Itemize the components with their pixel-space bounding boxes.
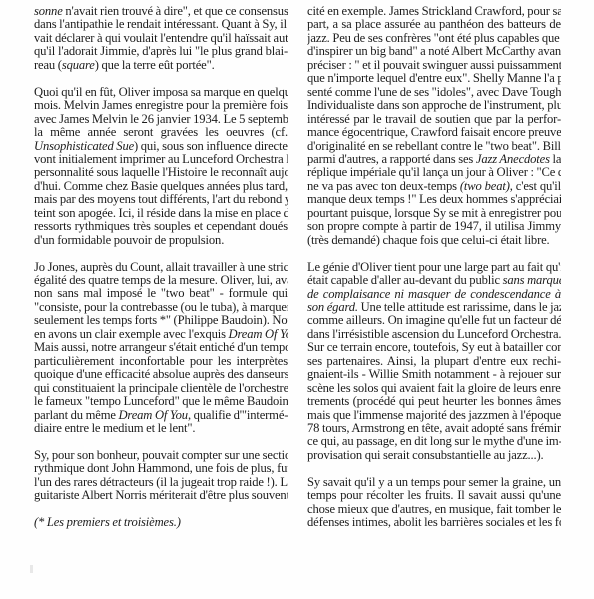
text: personnalité sous laquelle l'Histoire le… [34, 166, 288, 179]
text: part, a sa place assurée au panthéon des… [307, 18, 561, 31]
right-text-column: cité en exemple. James Strickland Crawfo… [307, 5, 561, 543]
text-line: diaire entre le medium et le lent". [34, 422, 288, 435]
text: Sy savait qu'il y a un temps pour semer … [307, 476, 561, 489]
text: mais que l'immense majorité des jazzmen … [307, 409, 561, 422]
text-line: était capable d'aller au-devant du publi… [307, 274, 561, 287]
text: que n'importe lequel d'entre eux". Shell… [307, 72, 561, 85]
text-line: mais par des moyens tout différents, l'a… [34, 193, 288, 206]
text: en avons un clair exemple avec l'exquis [34, 328, 229, 341]
text: 78 tours, Armstrong en tête, avait adopt… [307, 422, 561, 435]
italic-text: sonne [34, 5, 63, 18]
text: d'originalité en se rebellant contre le … [307, 140, 561, 153]
text: dans l'antipathie le rendait intéressant… [34, 18, 288, 31]
text-line: scène les solos qui avaient fait la gloi… [307, 382, 561, 395]
text-line: chose mieux que d'autres, en musique, fa… [307, 503, 561, 516]
paragraph: Sy savait qu'il y a un temps pour semer … [307, 476, 561, 530]
text-line: intéressé par le travail de soutien que … [307, 113, 561, 126]
text-line: cité en exemple. James Strickland Crawfo… [307, 5, 561, 18]
text: était capable d'aller au-devant du publi… [307, 274, 503, 287]
text-line: Sy, pour son bonheur, pouvait compter su… [34, 449, 288, 462]
text: Jo Jones, auprès du Count, allait travai… [34, 261, 288, 274]
text: pourtant puisque, lorsque Sy se mit à en… [307, 207, 561, 220]
italic-text: Dream Of You [118, 409, 187, 422]
text-line: rythmique dont John Hammond, une fois de… [34, 462, 288, 475]
text: intéressé par le travail de soutien que … [307, 113, 561, 126]
text: non sans mal imposé le "two beat" - form… [34, 287, 288, 300]
text: , qualifie d'"intermé- [188, 409, 288, 422]
text-line: pourtant puisque, lorsque Sy se mit à en… [307, 207, 561, 220]
text-line: parmi d'autres, a rapporté dans ses Jazz… [307, 153, 561, 166]
text: comme ailleurs. On imagine qu'elle fut u… [307, 314, 561, 327]
text: ) qui, sous son influence directe, [134, 140, 288, 153]
text-line: temps pour récolter les fruits. Il savai… [307, 489, 561, 502]
text: réplique impériale qu'il lança un jour à… [307, 166, 561, 179]
text-line: parlant du même Dream Of You, qualifie d… [34, 409, 288, 422]
text-line: 78 tours, Armstrong en tête, avait adopt… [307, 422, 561, 435]
text-line: manque deux temps !" Les deux hommes s'a… [307, 193, 561, 206]
text: cité en exemple. James Strickland Crawfo… [307, 5, 561, 18]
italic-text: sans marquer [503, 274, 561, 287]
text-line: l'un des rares détracteurs (il la jugeai… [34, 476, 288, 489]
text-line: vait déclarer à qui voulait l'entendre q… [34, 32, 288, 45]
text-line: non sans mal imposé le "two beat" - form… [34, 287, 288, 300]
text-line: Unsophisticated Sue) qui, sous son influ… [34, 140, 288, 153]
text: ) que la terre eût portée". [95, 59, 215, 72]
text: trements (procédé qui peut heurter les b… [307, 395, 561, 408]
text: ses partenaires. Ainsi, la plupart d'ent… [307, 355, 561, 368]
text: chose mieux que d'autres, en musique, fa… [307, 503, 561, 516]
paragraph: Le génie d'Oliver tient pour une large p… [307, 261, 561, 463]
text-line: ce qui, au passage, en dit long sur le m… [307, 435, 561, 448]
text-line: Individualiste dans son approche de l'in… [307, 99, 561, 112]
paragraph: Jo Jones, auprès du Count, allait travai… [34, 261, 288, 436]
text: Le génie d'Oliver tient pour une large p… [307, 261, 561, 274]
text-line: d'inspirer un big band" a noté Albert Mc… [307, 45, 561, 58]
paragraph: Quoi qu'il en fût, Oliver imposa sa marq… [34, 86, 288, 247]
text-line: dans l'antipathie le rendait intéressant… [34, 18, 288, 31]
text: Mais aussi, notre arrangeur s'était enti… [34, 341, 288, 354]
italic-text: son égard. [307, 301, 358, 314]
text-line: son égard. Une telle attitude est rariss… [307, 301, 561, 314]
text: égalité des quatre temps de la mesure. O… [34, 274, 288, 287]
text-line: le fameux "tempo Lunceford" que le même … [34, 395, 288, 408]
text: ce qui, au passage, en dit long sur le m… [307, 435, 561, 448]
text-line: son propre compte à partir de 1947, il u… [307, 220, 561, 233]
text-line: guitariste Albert Norris mériterait d'êt… [34, 489, 288, 502]
text: mance égocentrique, Crawford faisait enc… [307, 126, 561, 139]
text-line: que n'importe lequel d'entre eux". Shell… [307, 72, 561, 85]
text-line: "consiste, pour la contrebasse (ou le tu… [34, 301, 288, 314]
left-text-column: sonne n'avait rien trouvé à dire", et qu… [34, 5, 288, 543]
text: Sur ce terrain encore, toutefois, Sy eut… [307, 341, 561, 354]
text: son propre compte à partir de 1947, il u… [307, 220, 561, 233]
text: reau ( [34, 59, 62, 72]
text-line: comme ailleurs. On imagine qu'elle fut u… [307, 314, 561, 327]
text-line: teint son apogée. Ici, il réside dans la… [34, 207, 288, 220]
italic-text: Unsophisticated Sue [34, 140, 134, 153]
text-line: particulièrement inconfortable pour les … [34, 355, 288, 368]
italic-text: de complaisance ni masquer de condescend… [307, 288, 561, 301]
footnote: (* Les premiers et troisièmes.) [34, 516, 288, 529]
text: teint son apogée. Ici, il réside dans la… [34, 207, 288, 220]
text-line: qui constituaient la principale clientèl… [34, 382, 288, 395]
text-line: d'un formidable pouvoir de propulsion. [34, 234, 288, 247]
text-line: ses partenaires. Ainsi, la plupart d'ent… [307, 355, 561, 368]
italic-text: square [62, 59, 95, 72]
text-line: gnaient-ils - Willie Smith notamment - à… [307, 368, 561, 381]
text: le fameux "tempo Lunceford" que le même … [34, 395, 288, 408]
text-line: défenses intimes, abolit les barrières s… [307, 516, 561, 529]
text: parlant du même [34, 409, 118, 422]
text: n'avait rien trouvé à dire", et que ce c… [63, 5, 288, 18]
italic-text: (two beat) [460, 180, 510, 193]
text: préciser : " et il pouvait swinguer auss… [307, 59, 561, 72]
text-line: vont initialement imprimer au Lunceford … [34, 153, 288, 166]
text-line: avec James Melvin le 26 janvier 1934. Le… [34, 113, 288, 126]
text-line: senté comme l'une de ses "idoles", avec … [307, 86, 561, 99]
text: Individualiste dans son approche de l'in… [307, 99, 561, 112]
text: rythmique dont John Hammond, une fois de… [34, 462, 288, 475]
text: qu'il l'adorait Jimmie, d'après lui "le … [34, 45, 288, 58]
text: parmi d'autres, a rapporté dans ses [307, 153, 476, 166]
text-line: ne va pas avec ton deux-temps (two beat)… [307, 180, 561, 193]
text: , c'est qu'il [510, 180, 561, 193]
text: Une telle attitude est rarissime, dans l… [358, 301, 561, 314]
text-line: dans l'irrésistible ascension du Luncefo… [307, 328, 561, 341]
text: vont initialement imprimer au Lunceford … [34, 153, 288, 166]
text: d'hui. Comme chez Basie quelques années … [34, 180, 288, 193]
text: vait déclarer à qui voulait l'entendre q… [34, 32, 288, 45]
text: dans l'irrésistible ascension du Luncefo… [307, 328, 561, 341]
text-line: en avons un clair exemple avec l'exquis … [34, 328, 288, 341]
text: ne va pas avec ton deux-temps [307, 180, 460, 193]
text-line: d'originalité en se rebellant contre le … [307, 140, 561, 153]
text: mais par des moyens tout différents, l'a… [34, 193, 288, 206]
text: particulièrement inconfortable pour les … [34, 355, 288, 368]
text-line: Quoi qu'il en fût, Oliver imposa sa marq… [34, 86, 288, 99]
text: d'un formidable pouvoir de propulsion. [34, 234, 224, 247]
paragraph: Sy, pour son bonheur, pouvait compter su… [34, 449, 288, 503]
text: (très demandé) chaque fois que celui-ci … [307, 234, 550, 247]
text-line: trements (procédé qui peut heurter les b… [307, 395, 561, 408]
text-line: mance égocentrique, Crawford faisait enc… [307, 126, 561, 139]
text-line: (très demandé) chaque fois que celui-ci … [307, 234, 561, 247]
book-page: sonne n'avait rien trouvé à dire", et qu… [0, 0, 594, 599]
text: avec James Melvin le 26 janvier 1934. Le… [34, 113, 288, 126]
text-line: seulement les temps forts *" (Philippe B… [34, 314, 288, 327]
text: la [550, 153, 561, 166]
text: mois. Melvin James enregistre pour la pr… [34, 99, 288, 112]
text: temps pour récolter les fruits. Il savai… [307, 489, 561, 502]
text-line: qu'il l'adorait Jimmie, d'après lui "le … [34, 45, 288, 58]
text-line: Sy savait qu'il y a un temps pour semer … [307, 476, 561, 489]
text-line: Sur ce terrain encore, toutefois, Sy eut… [307, 341, 561, 354]
text: seulement les temps forts *" (Philippe B… [34, 314, 288, 327]
text: "consiste, pour la contrebasse (ou le tu… [34, 301, 288, 314]
text: quoique d'une efficacité absolue auprès … [34, 368, 288, 381]
text-line: égalité des quatre temps de la mesure. O… [34, 274, 288, 287]
text: ressorts rythmiques très souples et cepe… [34, 220, 288, 233]
text: guitariste Albert Norris mériterait d'êt… [34, 489, 288, 502]
text: la même année seront gravées les oeuvres… [34, 126, 288, 139]
text-line: part, a sa place assurée au panthéon des… [307, 18, 561, 31]
text: jazz. Peu de ses confrères "ont été plus… [307, 32, 561, 45]
text-line: réplique impériale qu'il lança un jour à… [307, 166, 561, 179]
paragraph: cité en exemple. James Strickland Crawfo… [307, 5, 561, 247]
italic-text: Jazz Anecdotes [476, 153, 550, 166]
text-line: jazz. Peu de ses confrères "ont été plus… [307, 32, 561, 45]
text: diaire entre le medium et le lent". [34, 422, 195, 435]
text-line: quoique d'une efficacité absolue auprès … [34, 368, 288, 381]
text: scène les solos qui avaient fait la gloi… [307, 382, 561, 395]
italic-text: Dream Of You [229, 328, 288, 341]
text: qui constituaient la principale clientèl… [34, 382, 288, 395]
text-line: d'hui. Comme chez Basie quelques années … [34, 180, 288, 193]
text: manque deux temps !" Les deux hommes s'a… [307, 193, 561, 206]
text-line: Mais aussi, notre arrangeur s'était enti… [34, 341, 288, 354]
text: d'inspirer un big band" a noté Albert Mc… [307, 45, 561, 58]
text-line: préciser : " et il pouvait swinguer auss… [307, 59, 561, 72]
text-line: sonne n'avait rien trouvé à dire", et qu… [34, 5, 288, 18]
text: provisation qui serait consubstantielle … [307, 449, 544, 462]
text-line: reau (square) que la terre eût portée". [34, 59, 288, 72]
scan-speck [30, 565, 33, 573]
text-line: Le génie d'Oliver tient pour une large p… [307, 261, 561, 274]
text-line: Jo Jones, auprès du Count, allait travai… [34, 261, 288, 274]
text: l'un des rares détracteurs (il la jugeai… [34, 476, 288, 489]
text-line: mais que l'immense majorité des jazzmen … [307, 409, 561, 422]
text-line: provisation qui serait consubstantielle … [307, 449, 561, 462]
text: Quoi qu'il en fût, Oliver imposa sa marq… [34, 86, 288, 99]
text: Sy, pour son bonheur, pouvait compter su… [34, 449, 288, 462]
text: défenses intimes, abolit les barrières s… [307, 516, 561, 529]
text-line: la même année seront gravées les oeuvres… [34, 126, 288, 139]
text: gnaient-ils - Willie Smith notamment - à… [307, 368, 561, 381]
text-line: de complaisance ni masquer de condescend… [307, 288, 561, 301]
text-line: ressorts rythmiques très souples et cepe… [34, 220, 288, 233]
text-line: mois. Melvin James enregistre pour la pr… [34, 99, 288, 112]
text-line: personnalité sous laquelle l'Histoire le… [34, 166, 288, 179]
paragraph: sonne n'avait rien trouvé à dire", et qu… [34, 5, 288, 72]
text: senté comme l'une de ses "idoles", avec … [307, 86, 561, 99]
